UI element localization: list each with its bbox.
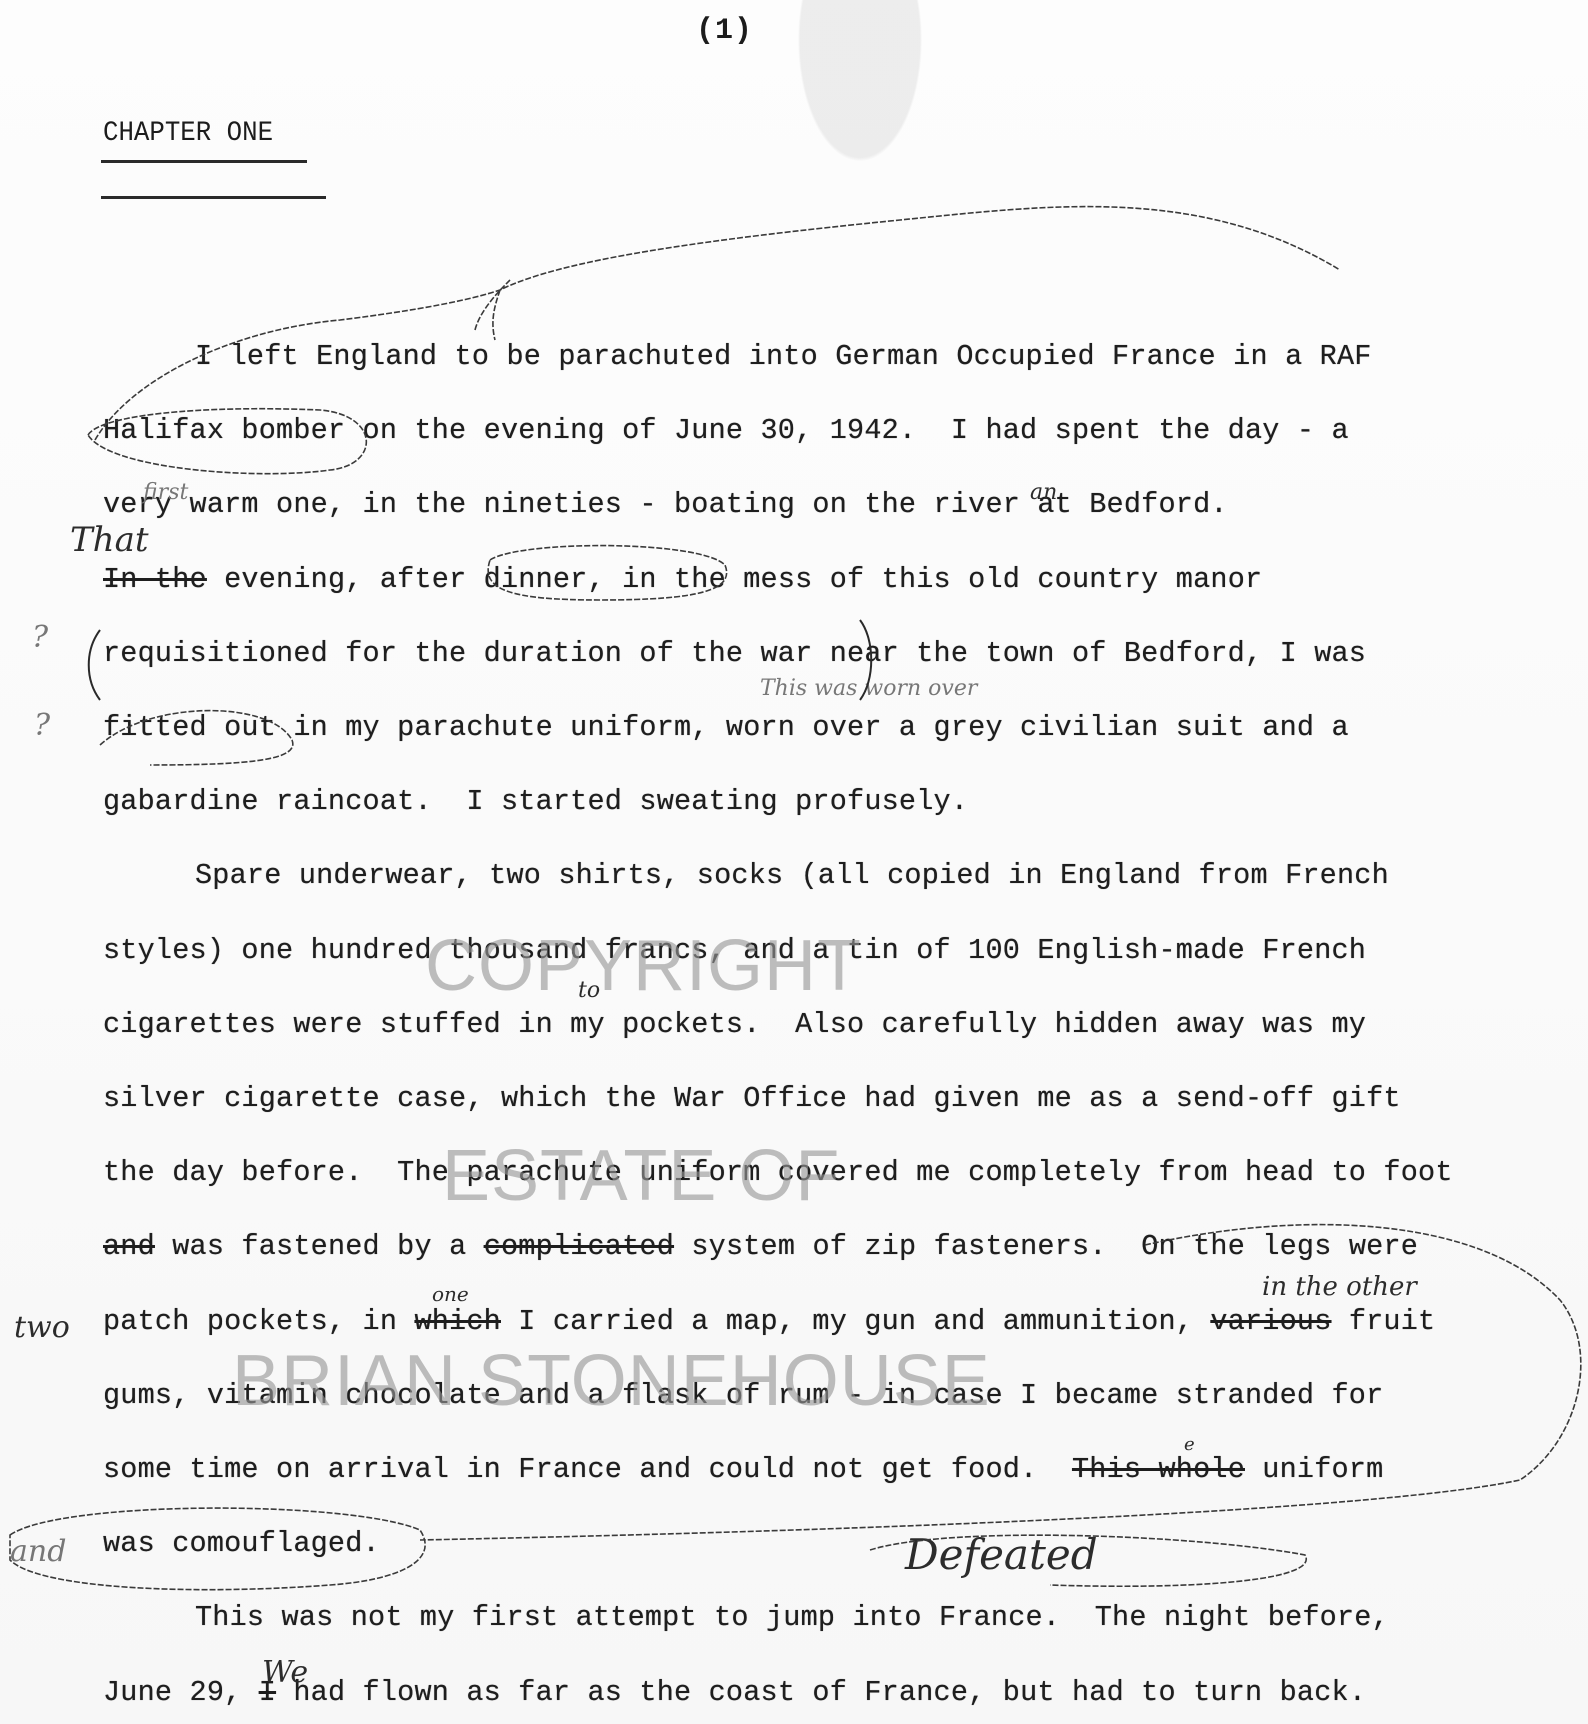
typed-line: was comouflaged. bbox=[103, 1527, 380, 1560]
handwritten-first: first bbox=[143, 480, 188, 505]
typed-line: very warm one, in the nineties - boating… bbox=[103, 488, 1228, 521]
typed-line: Spare underwear, two shirts, socks (all … bbox=[195, 859, 1389, 892]
handwritten-question-1: ? bbox=[32, 620, 48, 655]
typed-line: cigarettes were stuffed in my pockets. A… bbox=[103, 1008, 1366, 1041]
chapter-double-underline bbox=[101, 196, 326, 199]
typed-line: the day before. The parachute uniform co… bbox=[103, 1156, 1453, 1189]
typed-line: gabardine raincoat. I started sweating p… bbox=[103, 785, 968, 818]
scanned-page: (1) CHAPTER ONE I left England to be par… bbox=[0, 0, 1588, 1724]
handwritten-question-2: ? bbox=[34, 708, 50, 743]
page-number: (1) bbox=[696, 14, 753, 48]
handwritten-defeated: Defeated bbox=[905, 1530, 1098, 1579]
typed-line: and was fastened by a complicated system… bbox=[103, 1230, 1418, 1263]
typed-line: patch pockets, in which I carried a map,… bbox=[103, 1305, 1435, 1338]
typed-line: silver cigarette case, which the War Off… bbox=[103, 1082, 1401, 1115]
typed-line: Halifax bomber on the evening of June 30… bbox=[103, 414, 1349, 447]
handwritten-one: one bbox=[432, 1282, 469, 1306]
handwritten-to: to bbox=[578, 978, 600, 1003]
handwritten-that: That bbox=[70, 520, 149, 560]
typed-line: I left England to be parachuted into Ger… bbox=[195, 340, 1372, 373]
chapter-title: CHAPTER ONE bbox=[103, 118, 273, 149]
handwritten-two: two bbox=[14, 1310, 70, 1345]
chapter-underline bbox=[101, 160, 307, 163]
typed-line: In the evening, after dinner, in the mes… bbox=[103, 563, 1262, 596]
struck-text: In the bbox=[103, 563, 207, 596]
handwritten-e: e bbox=[1184, 1434, 1195, 1455]
handwritten-an: an bbox=[1030, 480, 1057, 505]
handwritten-in-the-other: in the other bbox=[1262, 1272, 1417, 1302]
handwritten-this-was-worn-over: This was worn over bbox=[760, 676, 977, 701]
typed-line: requisitioned for the duration of the wa… bbox=[103, 637, 1366, 670]
typed-line: fitted out in my parachute uniform, worn… bbox=[103, 711, 1349, 744]
typed-line: styles) one hundred thousand francs, and… bbox=[103, 934, 1366, 967]
handwritten-we: We bbox=[262, 1655, 308, 1690]
line-text: evening, after dinner, in the mess of th… bbox=[207, 563, 1262, 596]
typed-line: This was not my first attempt to jump in… bbox=[195, 1601, 1389, 1634]
typed-line: gums, vitamin chocolate and a flask of r… bbox=[103, 1379, 1383, 1412]
typed-line: some time on arrival in France and could… bbox=[103, 1453, 1383, 1486]
handwritten-and: and bbox=[10, 1534, 66, 1569]
